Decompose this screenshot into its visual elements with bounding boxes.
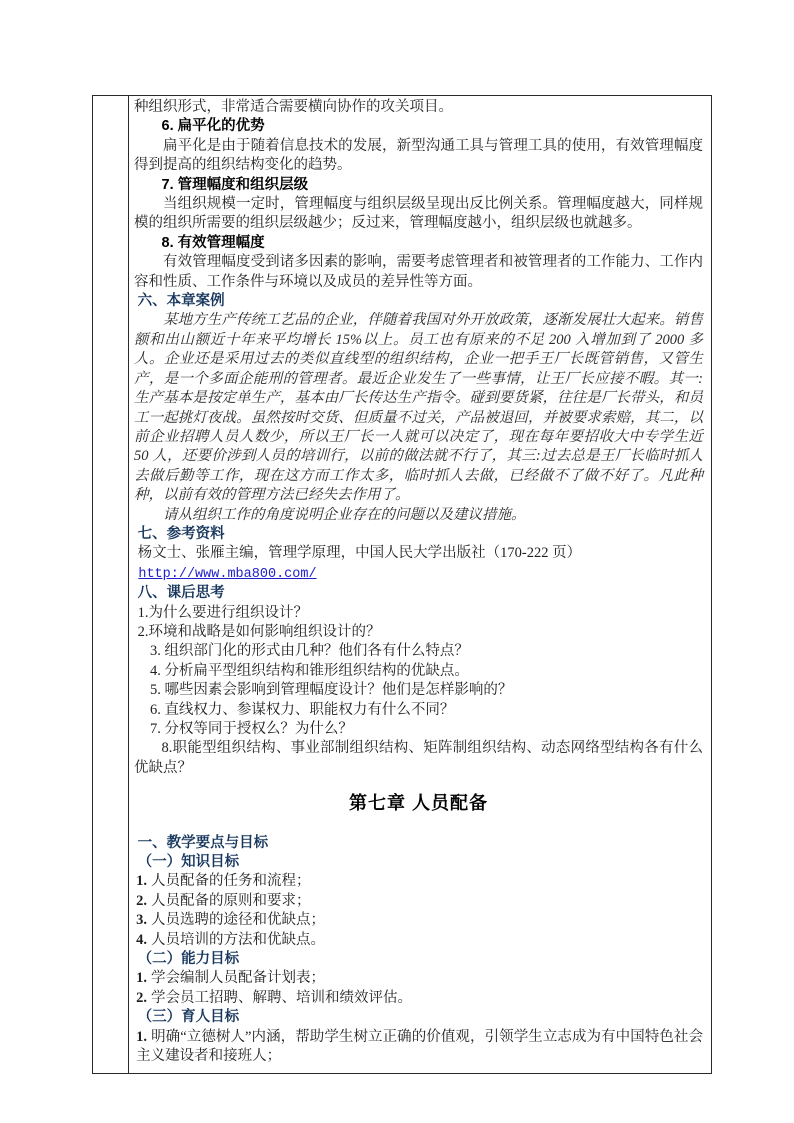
paragraph-matrix-tail: 种组织形式，非常适合需要横向协作的攻关项目。 [134,98,703,117]
knowledge-goal-3: 3.人员选聘的途径和优缺点； [134,911,703,930]
heading-chapter-case: 六、本章案例 [134,292,703,311]
paragraph-span-and-levels: 当组织规模一定时，管理幅度与组织层级呈现出反比例关系。管理幅度越大，同样规模的组… [134,195,703,234]
item-text: 人员培训的方法和优缺点。 [151,932,325,948]
ability-goal-1: 1.学会编制人员配备计划表； [134,969,703,988]
chapter-title: 第七章 人员配备 [134,794,703,813]
heading-effective-span: 8. 有效管理幅度 [134,234,703,253]
item-number: 1. [136,970,147,986]
paragraph-reference-book: 杨文士、张雁主编，管理学原理，中国人民大学出版社（170-222 页） [134,544,703,563]
item-text: 人员选聘的途径和优缺点； [151,912,325,928]
heading-references: 七、参考资料 [134,525,703,544]
review-question-4: 4. 分析扁平型组织结构和锥形组织结构的优缺点。 [134,662,703,681]
heading-teaching-points: 一、教学要点与目标 [134,834,703,853]
heading-span-and-levels: 7. 管理幅度和组织层级 [134,176,703,195]
heading-review-questions: 八、课后思考 [134,584,703,603]
item-number: 2. [136,990,147,1006]
item-text: 人员配备的任务和流程； [151,873,311,889]
item-text: 人员配备的原则和要求； [151,893,311,909]
item-text: 明确“立德树人”内涵，帮助学生树立正确的价值观，引领学生立志成为有中国特色社会主… [136,1029,703,1064]
heading-flat-advantages: 6. 扁平化的优势 [134,117,703,136]
item-text: 学会员工招聘、解聘、培训和绩效评估。 [151,990,412,1006]
item-number: 4. [136,932,147,948]
item-number: 1. [136,1029,147,1045]
table-content-cell: 种组织形式，非常适合需要横向协作的攻关项目。 6. 扁平化的优势 扁平化是由于随… [129,96,711,1073]
knowledge-goal-1: 1.人员配备的任务和流程； [134,872,703,891]
paragraph-case-question: 请从组织工作的角度说明企业存在的问题以及建议措施。 [134,506,703,525]
paragraph-case-study: 某地方生产传统工艺品的企业，伴随着我国对外开放政策，逐渐发展壮大起来。销售额和出… [134,311,703,505]
content-table: 种组织形式，非常适合需要横向协作的攻关项目。 6. 扁平化的优势 扁平化是由于随… [92,95,712,1074]
knowledge-goal-2: 2.人员配备的原则和要求； [134,892,703,911]
heading-ability-goals: （二）能力目标 [134,950,703,969]
moral-goal-1: 1.明确“立德树人”内涵，帮助学生树立正确的价值观，引领学生立志成为有中国特色社… [134,1028,703,1067]
review-question-2: 2.环境和战略是如何影响组织设计的？ [134,623,703,642]
ability-goal-2: 2.学会员工招聘、解聘、培训和绩效评估。 [134,989,703,1008]
item-number: 2. [136,893,147,909]
item-number: 3. [136,912,147,928]
knowledge-goal-4: 4.人员培训的方法和优缺点。 [134,931,703,950]
table-gutter-cell [93,96,129,1073]
item-number: 1. [136,873,147,889]
paragraph-effective-span: 有效管理幅度受到诸多因素的影响，需要考虑管理者和被管理者的工作能力、工作内容和性… [134,253,703,292]
reference-link-line: http://www.mba800.com/ [134,564,703,584]
review-question-7: 7. 分权等同于授权么？为什么？ [134,720,703,739]
review-question-6: 6. 直线权力、参谋权力、职能权力有什么不同？ [134,701,703,720]
review-question-1: 1.为什么要进行组织设计？ [134,604,703,623]
review-question-3: 3. 组织部门化的形式由几种？他们各有什么特点？ [134,642,703,661]
heading-knowledge-goals: （一）知识目标 [134,853,703,872]
mba800-link[interactable]: http://www.mba800.com/ [138,567,316,582]
review-question-5: 5. 哪些因素会影响到管理幅度设计？他们是怎样影响的？ [134,681,703,700]
item-text: 学会编制人员配备计划表； [151,970,325,986]
heading-moral-goals: （三）育人目标 [134,1008,703,1027]
review-question-8: 8.职能型组织结构、事业部制组织结构、矩阵制组织结构、动态网络型结构各有什么优缺… [134,739,703,778]
paragraph-flat-advantages: 扁平化是由于随着信息技术的发展，新型沟通工具与管理工具的使用，有效管理幅度得到提… [134,137,703,176]
